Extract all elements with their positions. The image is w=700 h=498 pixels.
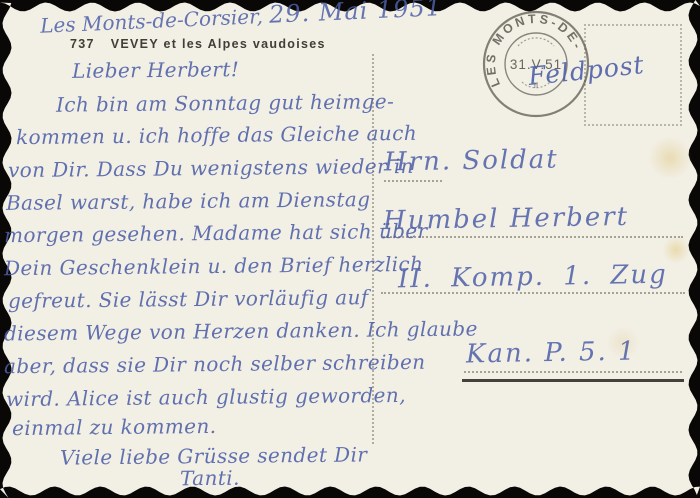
letter-line: morgen gesehen. Madame hat sich über	[4, 219, 428, 247]
letter-line: gefreut. Sie lässt Dir vorläufig auf	[8, 285, 369, 313]
letter-line: Basel warst, habe ich am Dienstag	[6, 187, 371, 215]
address-dotted-underline	[464, 371, 682, 373]
letter-signature: Tanti.	[180, 466, 240, 491]
letter-line: Lieber Herbert!	[72, 57, 239, 83]
letter-line: aber, dass sie Dir noch selber schreiben	[4, 350, 426, 378]
caption-number: 737	[70, 37, 95, 51]
letter-line: von Dir. Dass Du wenigstens wieder in	[8, 154, 414, 182]
letter-line: Ich bin am Sonntag gut heimge-	[56, 89, 394, 117]
letter-line: wird. Alice ist auch glustig geworden,	[6, 383, 406, 411]
address-line: Kan. P. 5. 1	[466, 337, 637, 370]
address-line: Humbel Herbert	[383, 202, 630, 236]
address-solid-underline	[462, 379, 684, 382]
caption-title: VEVEY et les Alpes vaudoises	[111, 37, 326, 51]
printed-caption: 737VEVEY et les Alpes vaudoises	[70, 37, 326, 51]
postcard-scan: Les Monts-de-Corsier, 29. Mai 1951 737VE…	[0, 0, 700, 498]
letter-line: diesem Wege von Herzen danken. Ich glaub…	[4, 317, 478, 346]
address-line: II. Komp. 1. Zug	[398, 260, 668, 295]
address-dotted-underline	[384, 180, 442, 182]
postmark-top-dashes	[518, 38, 554, 46]
letter-line: kommen u. ich hoffe das Gleiche auch	[16, 121, 417, 149]
letter-line: einmal zu kommen.	[12, 414, 217, 440]
letter-line: Dein Geschenklein u. den Brief herzlich	[4, 252, 424, 280]
address-line: Hrn. Soldat	[384, 144, 559, 177]
